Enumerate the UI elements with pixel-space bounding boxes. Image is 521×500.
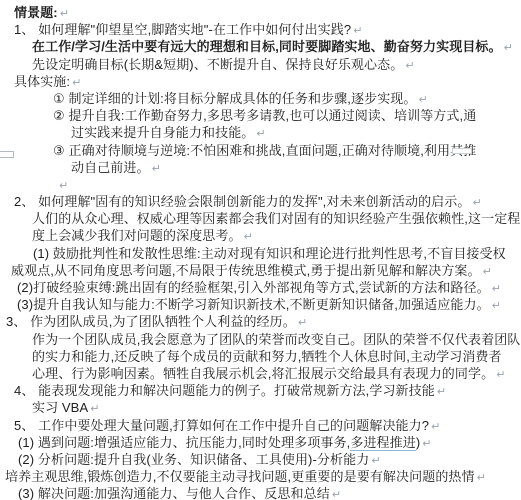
doc-line[interactable]: 实习 VBA↵: [0, 399, 521, 416]
grammar-underlined-text: 多进程推进: [350, 435, 416, 451]
doc-line[interactable]: 动自己前进。↵: [0, 159, 521, 176]
line-text: (1) 鼓励批判性和发散性思维:主动对现有知识和理论进行批判性思考,不盲目接受权: [33, 246, 506, 261]
line-text: ③ 正确对待顺境与逆境:不怕困难和挑战,直面问题,正确对待顺境,利用其推: [53, 143, 476, 158]
paragraph-mark-icon: ↵: [405, 60, 414, 72]
line-text: (2) 分析问题:提升自我(业务、知识储备、工具使用)-分析能力: [18, 452, 369, 467]
line-text: ): [416, 435, 420, 450]
line-text: (3) 解决问题:加强沟通能力、与他人合作、反思和总结: [18, 486, 330, 500]
line-text: ② 提升自我:工作勤奋努力,多思考多请教,也可以通过阅读、培训等方式,通: [53, 108, 476, 123]
document-page[interactable]: 情景题:↵1、 如何理解"仰望星空,脚踏实地"-在工作中如何付出实践?↵在工作/…: [0, 0, 521, 500]
doc-line[interactable]: 作为一个团队成员,我会愿意为了团队的荣誉而改变自己。团队的荣誉不仅代表着团队: [0, 331, 521, 348]
paragraph-mark-icon: ↵: [504, 42, 513, 54]
doc-line[interactable]: ① 制定详细的计划:将目标分解成具体的任务和步骤,逐步实现。↵: [0, 90, 521, 107]
paragraph-mark-icon: ↵: [431, 421, 440, 433]
page-break-mark-left-icon: [0, 151, 14, 158]
doc-line[interactable]: ③ 正确对待顺境与逆境:不怕困难和挑战,直面问题,正确对待顺境,利用其推: [0, 142, 521, 159]
doc-line[interactable]: ② 提升自我:工作勤奋努力,多思考多请教,也可以通过阅读、培训等方式,通: [0, 107, 521, 124]
doc-line[interactable]: 过实践来提升自身能力和技能。↵: [0, 124, 521, 141]
line-text: 度上会减少我们对问题的深度思考。: [32, 228, 242, 243]
paragraph-mark-icon: ↵: [72, 77, 81, 89]
doc-line[interactable]: 先设定明确目标(长期&短期)、不断提升自、保持良好乐观心态。↵: [0, 56, 521, 73]
paragraph-mark-icon: ↵: [496, 369, 505, 381]
paragraph-mark-icon: ↵: [332, 489, 341, 500]
doc-line[interactable]: (3)提升自我认知与能力:不断学习新知识新技术,不断更新知识储备,加强适应能力。…: [0, 296, 521, 313]
paragraph-mark-icon: ↵: [477, 472, 486, 484]
doc-line[interactable]: 情景题:↵: [0, 4, 521, 21]
doc-line[interactable]: (1) 遇到问题:增强适应能力、抗压能力,同时处理多项事务,多进程推进)↵: [0, 434, 521, 451]
line-text: (2)打破经验束缚:跳出固有的经验框架,引入外部视角等方式,尝试新的方法和路径。: [17, 280, 490, 295]
doc-line[interactable]: 3、 作为团队成员,为了团队牺牲个人利益的经历。↵: [0, 313, 521, 330]
line-text: 作为一个团队成员,我会愿意为了团队的荣誉而改变自己。团队的荣誉不仅代表着团队: [32, 332, 520, 347]
line-text: (3)提升自我认知与能力:不断学习新知识新技术,不断更新知识储备,加强适应能力。: [17, 297, 490, 312]
line-text: 情景题:: [14, 5, 58, 20]
paragraph-mark-icon: ↵: [422, 438, 431, 450]
doc-line[interactable]: (2) 分析问题:提升自我(业务、知识储备、工具使用)-分析能力↵: [0, 451, 521, 468]
line-text: 威观点,从不同角度思考问题,不局限于传统思维模式,勇于提出新见解和解决方案。: [11, 263, 481, 278]
paragraph-mark-icon: ↵: [437, 386, 446, 398]
doc-line[interactable]: 5、 工作中要处理大量问题,打算如何在工作中提升自己的问题解决能力?↵: [0, 417, 521, 434]
line-text: 1、 如何理解"仰望星空,脚踏实地"-在工作中如何付出实践?: [14, 22, 351, 37]
doc-line[interactable]: ↵: [0, 176, 521, 193]
line-text: 4、 能表现发现能力和解决问题能力的例子。打破常规新方法,学习新技能: [14, 383, 435, 398]
doc-line[interactable]: 心理、行为影响因素。牺牲自我展示机会,将汇报展示交给最具有表现力的同学。↵: [0, 365, 521, 382]
doc-line[interactable]: 2、 如何理解"固有的知识经验会限制创新能力的发挥",对未来创新活动的启示。↵: [0, 193, 521, 210]
line-text: 动自己前进。: [71, 160, 150, 175]
line-text: 过实践来提升自身能力和技能。: [71, 125, 254, 140]
page-break-mark-right-icon: [452, 148, 472, 154]
paragraph-mark-icon: ↵: [371, 455, 380, 467]
line-text: 5、 工作中要处理大量问题,打算如何在工作中提升自己的问题解决能力?: [14, 418, 429, 433]
paragraph-mark-icon: ↵: [60, 8, 69, 20]
doc-line[interactable]: 具体实施:↵: [0, 73, 521, 90]
paragraph-mark-icon: ↵: [419, 94, 428, 106]
line-text: 心理、行为影响因素。牺牲自我展示机会,将汇报展示交给最具有表现力的同学。: [32, 366, 494, 381]
paragraph-mark-icon: ↵: [298, 317, 307, 329]
paragraph-mark-icon: ↵: [483, 266, 492, 278]
doc-line[interactable]: (3) 解决问题:加强沟通能力、与他人合作、反思和总结↵: [0, 485, 521, 500]
line-text: 3、 作为团队成员,为了团队牺牲个人利益的经历。: [6, 314, 296, 329]
doc-line[interactable]: 4、 能表现发现能力和解决问题能力的例子。打破常规新方法,学习新技能↵: [0, 382, 521, 399]
paragraph-mark-icon: ↵: [90, 403, 99, 415]
doc-line[interactable]: 度上会减少我们对问题的深度思考。↵: [0, 227, 521, 244]
doc-line[interactable]: 在工作/学习/生活中要有远大的理想和目标,同时要脚踏实地、勤奋努力实现目标。↵: [0, 38, 521, 55]
paragraph-mark-icon: ↵: [353, 25, 362, 37]
paragraph-mark-icon: ↵: [59, 180, 68, 192]
line-text: 的实力和能力,还反映了每个成员的贡献和努力,牺牲个人休息时间,主动学习消费者: [32, 349, 502, 364]
paragraph-mark-icon: ↵: [472, 197, 481, 209]
doc-line[interactable]: 培养主观思维,锻炼创造力,不仅要能主动寻找问题,更重要的是要有解决问题的热情↵: [0, 468, 521, 485]
line-text: ① 制定详细的计划:将目标分解成具体的任务和步骤,逐步实现。: [53, 91, 417, 106]
paragraph-mark-icon: ↵: [492, 283, 501, 295]
doc-line[interactable]: 人们的从众心理、权威心理等因素都会我们对固有的知识经验产生强依赖性,这一定程: [0, 210, 521, 227]
line-text: 人们的从众心理、权威心理等因素都会我们对固有的知识经验产生强依赖性,这一定程: [32, 211, 520, 226]
doc-line[interactable]: (2)打破经验束缚:跳出固有的经验框架,引入外部视角等方式,尝试新的方法和路径。…: [0, 279, 521, 296]
paragraph-mark-icon: ↵: [256, 128, 265, 140]
doc-line[interactable]: 威观点,从不同角度思考问题,不局限于传统思维模式,勇于提出新见解和解决方案。↵: [0, 262, 521, 279]
paragraph-mark-icon: ↵: [244, 231, 253, 243]
line-text: 培养主观思维,锻炼创造力,不仅要能主动寻找问题,更重要的是要有解决问题的热情: [5, 469, 475, 484]
paragraph-mark-icon: ↵: [152, 163, 161, 175]
doc-line[interactable]: 1、 如何理解"仰望星空,脚踏实地"-在工作中如何付出实践?↵: [0, 21, 521, 38]
paragraph-mark-icon: ↵: [492, 300, 501, 312]
line-text: 2、 如何理解"固有的知识经验会限制创新能力的发挥",对未来创新活动的启示。: [14, 194, 470, 209]
doc-line[interactable]: (1) 鼓励批判性和发散性思维:主动对现有知识和理论进行批判性思考,不盲目接受权: [0, 245, 521, 262]
line-text: 先设定明确目标(长期&短期)、不断提升自、保持良好乐观心态。: [32, 57, 403, 72]
line-text: 实习 VBA: [32, 400, 88, 415]
doc-line[interactable]: 的实力和能力,还反映了每个成员的贡献和努力,牺牲个人休息时间,主动学习消费者: [0, 348, 521, 365]
line-text: 具体实施:: [14, 74, 70, 89]
line-text: 在工作/学习/生活中要有远大的理想和目标,同时要脚踏实地、勤奋努力实现目标。: [32, 39, 502, 54]
line-text: (1) 遇到问题:增强适应能力、抗压能力,同时处理多项事务,: [18, 435, 350, 450]
